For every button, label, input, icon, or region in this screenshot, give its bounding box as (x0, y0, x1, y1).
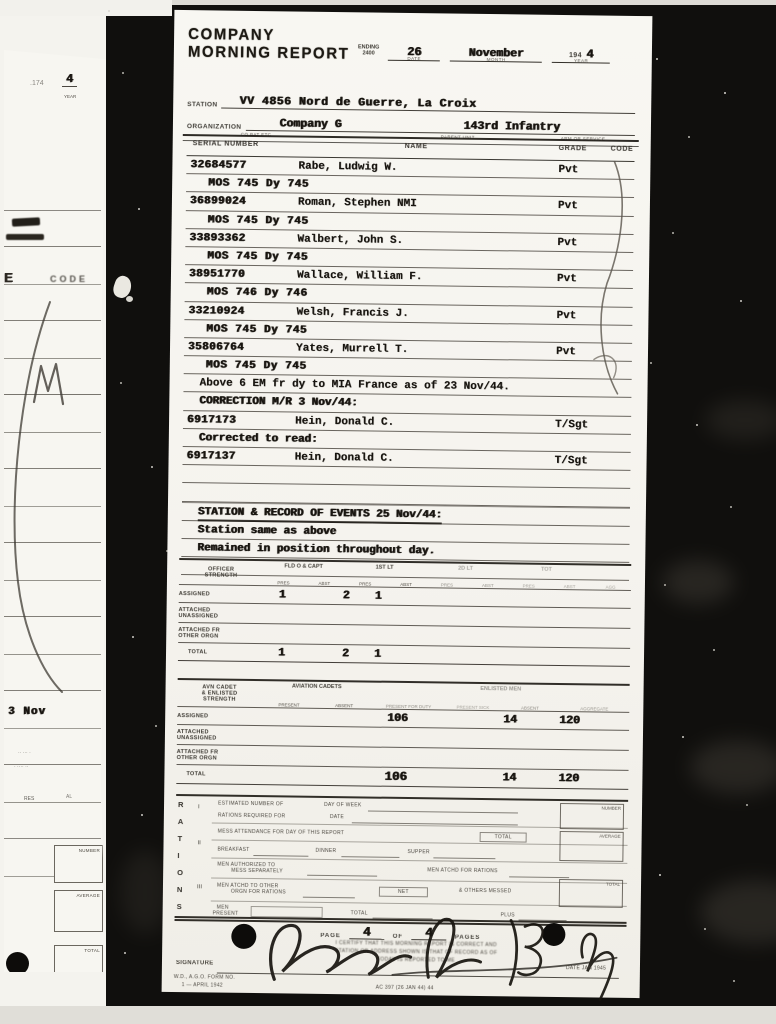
rations-rail-letter: N (177, 885, 183, 894)
mia-remark: Above 6 EM fr dy to MIA France as of 23 … (199, 378, 509, 394)
organization-label: ORGANIZATION (187, 123, 242, 131)
supper-label: SUPPER (407, 849, 429, 855)
scan-smudge (690, 740, 776, 794)
left-partial-page: .174 4 YEAR E CODE 3 Nov ·· ··· · · ····… (4, 50, 106, 972)
column-serial-number: SERIAL NUMBER (193, 140, 259, 148)
sub-col-abst: ABST (304, 581, 345, 587)
left-page-heavy-mark (6, 234, 44, 240)
col-group-fld-o-capt: FLD O & CAPT (263, 563, 344, 570)
left-page-code-fragment: CODE (50, 274, 88, 284)
left-page-box-label: TOTAL (84, 948, 100, 953)
scanner-edge-bottom (0, 1006, 776, 1024)
events-remained: Remained in position throughout day. (197, 542, 435, 557)
total-box-label: TOTAL (606, 882, 620, 887)
left-page-heavy-mark (12, 217, 40, 226)
title-line-1: COMPANY (188, 25, 356, 45)
sub-col-abst: ABST (386, 582, 427, 588)
mess-attendance-label: MESS ATTENDANCE FOR DAY OF THIS REPORT (218, 829, 345, 837)
left-page-box-label: NUMBER (79, 848, 100, 853)
officer-strength-table: OFFICER STRENGTH FLD O & CAPT 1ST LT 2D … (178, 558, 631, 667)
year-field: 194 4 YEAR (552, 44, 610, 64)
grade: T/Sgt (554, 455, 587, 467)
sub-col-present: PRESENT (261, 702, 316, 708)
correction-heading: CORRECTION M/R 3 Nov/44: (199, 396, 358, 410)
row-label: OTHER ORGN (177, 755, 261, 762)
left-page-al-fragment: AL (66, 794, 72, 800)
commander-signature (249, 883, 636, 1008)
sub-col-abst: ABST (549, 584, 590, 590)
scan-smudge (705, 400, 776, 440)
mos-duty: MOS 745 Dy 745 (208, 178, 309, 191)
column-code: CODE (611, 146, 634, 153)
row-label: TOTAL (186, 771, 270, 778)
mos-duty: MOS 745 Dy 745 (208, 214, 309, 227)
serial-number: 35806764 (188, 341, 244, 354)
left-page-res-fragment: RES (24, 796, 34, 802)
date-sub-label: DATE (407, 56, 421, 61)
officer-total-1stlt-pres: 2 (342, 647, 349, 660)
rations-rail-letter: S (177, 902, 182, 911)
ending-label: ENDING 2400 (358, 44, 380, 56)
left-page-box-label: AVERAGE (76, 893, 100, 898)
enlisted-assigned-absent: 14 (503, 713, 517, 726)
scanned-document: .174 4 YEAR E CODE 3 Nov ·· ··· · · ····… (0, 0, 776, 1024)
soldier-name: Hein, Donald C. (295, 452, 394, 465)
serial-number: 33893362 (189, 232, 245, 245)
serial-number: 38951770 (189, 268, 245, 281)
soldier-name: Welsh, Francis J. (296, 306, 408, 319)
scan-smudge (662, 560, 734, 604)
morning-report-page: COMPANY MORNING REPORT ENDING 2400 26 DA… (162, 10, 653, 998)
sub-col-absent: ABSENT (317, 703, 372, 709)
sub-col-absent-em: ABSENT (500, 705, 559, 711)
rations-section-i: I (198, 804, 200, 810)
footer-date: DATE JAN 1945 (566, 965, 606, 972)
report-title: COMPANY MORNING REPORT (188, 25, 356, 63)
officer-assigned-fldo-pres: 1 (279, 588, 286, 601)
corrected-to-read: Corrected to read: (199, 432, 318, 446)
events-station-same: Station same as above (198, 524, 337, 538)
soldier-name: Rabe, Ludwig W. (298, 161, 397, 174)
footer-center-text: AC 397 (26 JAN 44) 44 (376, 985, 434, 992)
enlisted-strength-table: AVN CADET & ENLISTED STRENGTH AVIATION C… (176, 678, 629, 790)
sub-col-pres: PRES (426, 582, 467, 588)
rations-section-ii: II (198, 840, 201, 846)
sub-col-present-for-duty: PRESENT FOR DUTY (372, 704, 446, 710)
enlisted-assigned-present-for-duty: 106 (387, 712, 408, 725)
form-number-line-1: W.D., A.G.O. FORM NO. (174, 974, 235, 981)
serial-number: 6917173 (187, 414, 236, 427)
col-group-enlisted-men: ENLISTED MEN (438, 685, 563, 693)
sub-col-pres: PRES (263, 580, 304, 586)
sub-col-aggregate: AGGREGATE (559, 706, 629, 712)
row-label: ASSIGNED (177, 713, 261, 720)
serial-number: 36899024 (190, 196, 246, 209)
mess-separately-label: MESS SEPARATELY (231, 868, 283, 875)
title-line-2: MORNING REPORT (188, 43, 356, 63)
blank-line (433, 856, 495, 859)
sub-col-agg: AGG (590, 584, 631, 590)
left-page-illegible-text: · ···· ·· (14, 764, 28, 770)
rations-number-box: NUMBER (560, 803, 624, 830)
rations-rail-letter: O (177, 868, 183, 877)
row-label: OTHER ORGN (178, 633, 262, 640)
scan-noise-speckles (108, 10, 110, 12)
sub-col-present-sick: PRESENT SICK (445, 705, 500, 711)
blank-line (509, 875, 569, 878)
signature-label: SIGNATURE (176, 960, 214, 966)
form-number-line-2: 1 — APRIL 1942 (182, 982, 223, 989)
blank-line (341, 855, 399, 858)
station-label: STATION (187, 101, 217, 108)
grade: T/Sgt (555, 419, 588, 431)
left-page-year-prefix: .174 (30, 80, 44, 87)
blank-line (307, 874, 377, 877)
col-group-1st-lt: 1ST LT (344, 564, 425, 571)
number-box-label: NUMBER (601, 806, 621, 811)
left-page-average-box: AVERAGE (54, 890, 103, 932)
year-sub-label: YEAR (574, 58, 588, 63)
rations-rail-letter: R (178, 800, 184, 809)
left-page-number-box: NUMBER (54, 845, 103, 883)
rations-section-iii: III (197, 884, 202, 890)
dinner-label: DINNER (315, 848, 336, 854)
enlisted-assigned-aggregate: 120 (559, 714, 580, 727)
ending-time: 2400 (362, 50, 374, 56)
breakfast-label: BREAKFAST (217, 847, 249, 853)
rations-rail-letter: A (178, 817, 184, 826)
col-group-2d-lt: 2D LT (425, 565, 506, 572)
row-label: UNASSIGNED (177, 735, 261, 742)
mos-duty: MOS 746 Dy 746 (207, 287, 308, 300)
total-box-label: TOTAL (480, 832, 527, 843)
scan-smudge (700, 880, 776, 944)
station-row: STATION VV 4856 Nord de Guerre, La Croix (187, 90, 635, 114)
day-of-week-label: DAY OF WEEK (324, 802, 362, 808)
col-group-total: TOT (506, 566, 587, 573)
serial-number: 32684577 (190, 159, 246, 172)
column-grade: GRADE (559, 145, 587, 152)
row-label: ASSIGNED (179, 591, 263, 598)
mos-duty: MOS 745 Dy 745 (206, 359, 307, 372)
enlisted-total-present-for-duty: 106 (384, 770, 407, 784)
organization-company: Company G (279, 117, 341, 131)
soldier-name: Yates, Murrell T. (296, 342, 408, 355)
sub-col-abst: ABST (467, 583, 508, 589)
officer-total-1stlt-abst: 1 (374, 648, 381, 661)
officer-strength-title: STRENGTH (179, 572, 263, 579)
enlisted-strength-title: STRENGTH (177, 696, 261, 703)
mos-duty: MOS 745 Dy 745 (206, 323, 307, 336)
estimated-number-label: ESTIMATED NUMBER OF (218, 801, 283, 808)
soldier-name: Walbert, John S. (297, 233, 403, 246)
officer-assigned-1stlt-abst: 1 (375, 590, 382, 603)
rations-rail-letter: T (178, 834, 183, 843)
soldier-name: Roman, Stephen NMI (298, 197, 417, 211)
column-name: NAME (405, 143, 428, 150)
report-date-block: ENDING 2400 26 DATE November MONTH 194 4… (356, 28, 636, 66)
row-label: TOTAL (188, 649, 272, 656)
scanner-edge-top-left (0, 0, 172, 16)
soldier-name: Hein, Donald C. (295, 415, 394, 428)
pencil-marks (4, 290, 106, 710)
left-page-year-label: YEAR (64, 94, 76, 99)
col-group-aviation-cadets: AVIATION CADETS (262, 683, 372, 690)
rations-required-label: RATIONS REQUIRED FOR (218, 813, 286, 820)
enlisted-total-aggregate: 120 (558, 772, 579, 785)
left-page-grade-fragment: E (4, 270, 13, 285)
enlisted-total-absent: 14 (502, 771, 516, 784)
organization-regiment: 143rd Infantry (463, 120, 560, 134)
month-sub-label: MONTH (487, 57, 506, 62)
serial-number: 6917137 (187, 450, 236, 463)
station-value: VV 4856 Nord de Guerre, La Croix (240, 95, 477, 111)
date-label: DATE (330, 814, 344, 820)
ink-blot (126, 296, 133, 302)
left-page-year-digit: 4 (62, 72, 77, 87)
officer-total-fldo-pres: 1 (278, 646, 285, 659)
ruled-lines (4, 210, 101, 211)
mos-duty: MOS 745 Dy 745 (207, 250, 308, 263)
blank-line (253, 854, 308, 857)
month-field: November MONTH (450, 43, 542, 63)
soldier-name: Wallace, William F. (297, 270, 423, 284)
officer-assigned-1stlt-pres: 2 (343, 589, 350, 602)
left-page-illegible-text: ·· ··· · (18, 750, 31, 756)
men-atchd-for-rations-label: MEN ATCHD FOR RATIONS (427, 867, 498, 874)
sub-col-pres: PRES (345, 581, 386, 587)
serial-number: 33210924 (188, 305, 244, 318)
report-header: COMPANY MORNING REPORT ENDING 2400 26 DA… (188, 26, 636, 66)
pencil-curve-mark (559, 155, 640, 416)
sub-col-pres: PRES (508, 583, 549, 589)
date-field: 26 DATE (388, 42, 440, 62)
rations-rail-letter: I (177, 851, 179, 860)
row-label: UNASSIGNED (178, 613, 262, 620)
average-box-label: AVERAGE (599, 834, 621, 839)
punch-hole (6, 952, 29, 975)
